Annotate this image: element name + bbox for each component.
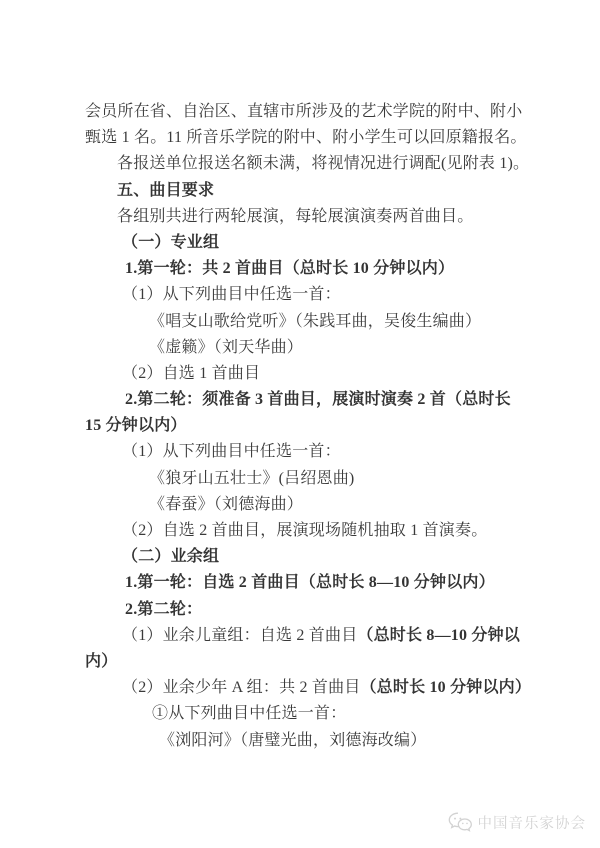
document-line: （1）从下列曲目中任选一首：: [85, 282, 545, 308]
document-line: 五、曲目要求: [85, 178, 545, 204]
text-segment: 《唱支山歌给党听》（朱践耳曲，吴俊生编曲）: [149, 313, 481, 330]
document-line: （二）业余组: [85, 544, 545, 570]
wechat-icon: [448, 812, 473, 833]
document-line: ①从下列曲目中任选一首：: [85, 701, 545, 727]
text-segment: 会员所在省、自治区、直辖市所涉及的艺术学院的附中、附小: [85, 103, 522, 120]
text-segment: 五、曲目要求: [117, 182, 214, 199]
document-line: （一）专业组: [85, 230, 545, 256]
text-segment: 各组别共进行两轮展演，每轮展演演奏两首曲目。: [117, 208, 473, 225]
document-line: （1）业余儿童组：自选 2 首曲目（总时长 8—10 分钟以: [85, 623, 545, 649]
text-segment: 1.第一轮：自选 2 首曲目（总时长 8—10 分钟以内）: [125, 574, 495, 591]
document-line: （2）自选 2 首曲目，展演现场随机抽取 1 首演奏。: [85, 518, 545, 544]
document-line: 《浏阳河》（唐璧光曲，刘德海改编）: [85, 728, 545, 754]
text-segment: 内）: [85, 653, 117, 670]
text-segment: （2）业余少年 A 组：共 2 首曲目: [122, 679, 360, 696]
text-segment: （二）业余组: [122, 548, 219, 565]
document-line: （1）从下列曲目中任选一首：: [85, 439, 545, 465]
text-segment: 《春蚕》（刘德海曲）: [149, 496, 303, 513]
document-page: 会员所在省、自治区、直辖市所涉及的艺术学院的附中、附小甄选 1 名。11 所音乐…: [0, 0, 600, 848]
text-segment: （1）业余儿童组：自选 2 首曲目: [122, 627, 357, 644]
text-segment: （1）从下列曲目中任选一首：: [122, 286, 341, 303]
document-line: 内）: [85, 649, 545, 675]
watermark-text: 中国音乐家协会: [478, 812, 587, 833]
document-line: 《虚籁》（刘天华曲）: [85, 335, 545, 361]
document-line: 甄选 1 名。11 所音乐学院的附中、附小学生可以回原籍报名。: [85, 125, 545, 151]
text-segment: 甄选 1 名。11 所音乐学院的附中、附小学生可以回原籍报名。: [85, 129, 527, 146]
text-segment: 1.第一轮：共 2 首曲目（总时长 10 分钟以内）: [125, 260, 454, 277]
document-line: 各报送单位报送名额未满，将视情况进行调配(见附表 1)。: [85, 151, 545, 177]
document-line: 15 分钟以内）: [85, 413, 545, 439]
text-segment: 《浏阳河》（唐璧光曲，刘德海改编）: [159, 732, 426, 749]
document-line: 《唱支山歌给党听》（朱践耳曲，吴俊生编曲）: [85, 309, 545, 335]
document-line: 2.第二轮：须准备 3 首曲目，展演时演奏 2 首（总时长: [85, 387, 545, 413]
text-segment: （2）自选 1 首曲目: [122, 365, 260, 382]
text-segment: 《狼牙山五壮士》(吕绍恩曲): [149, 470, 354, 487]
document-line: 2.第二轮：: [85, 597, 545, 623]
text-segment: （一）专业组: [122, 234, 219, 251]
text-segment: 2.第二轮：: [125, 601, 202, 618]
text-segment: 《虚籁》（刘天华曲）: [149, 339, 303, 356]
document-line: （2）自选 1 首曲目: [85, 361, 545, 387]
document-line: 会员所在省、自治区、直辖市所涉及的艺术学院的附中、附小: [85, 99, 545, 125]
document-line: 《春蚕》（刘德海曲）: [85, 492, 545, 518]
text-segment: 各报送单位报送名额未满，将视情况进行调配(见附表 1)。: [117, 155, 529, 172]
text-segment: （总时长 8—10 分钟以: [357, 627, 520, 644]
text-segment: （2）自选 2 首曲目，展演现场随机抽取 1 首演奏。: [122, 522, 487, 539]
text-segment: （总时长 10 分钟以内）: [360, 679, 531, 696]
document-line: 《狼牙山五壮士》(吕绍恩曲): [85, 466, 545, 492]
document-line: （2）业余少年 A 组：共 2 首曲目（总时长 10 分钟以内）: [85, 675, 545, 701]
text-segment: ①从下列曲目中任选一首：: [152, 705, 346, 722]
document-lines: 会员所在省、自治区、直辖市所涉及的艺术学院的附中、附小甄选 1 名。11 所音乐…: [85, 99, 545, 754]
text-segment: 15 分钟以内）: [85, 417, 187, 434]
text-segment: （1）从下列曲目中任选一首：: [122, 443, 341, 460]
document-line: 1.第一轮：共 2 首曲目（总时长 10 分钟以内）: [85, 256, 545, 282]
document-line: 1.第一轮：自选 2 首曲目（总时长 8—10 分钟以内）: [85, 570, 545, 596]
text-segment: 2.第二轮：须准备 3 首曲目，展演时演奏 2 首（总时长: [125, 391, 511, 408]
document-line: 各组别共进行两轮展演，每轮展演演奏两首曲目。: [85, 204, 545, 230]
watermark: 中国音乐家协会: [448, 810, 587, 834]
